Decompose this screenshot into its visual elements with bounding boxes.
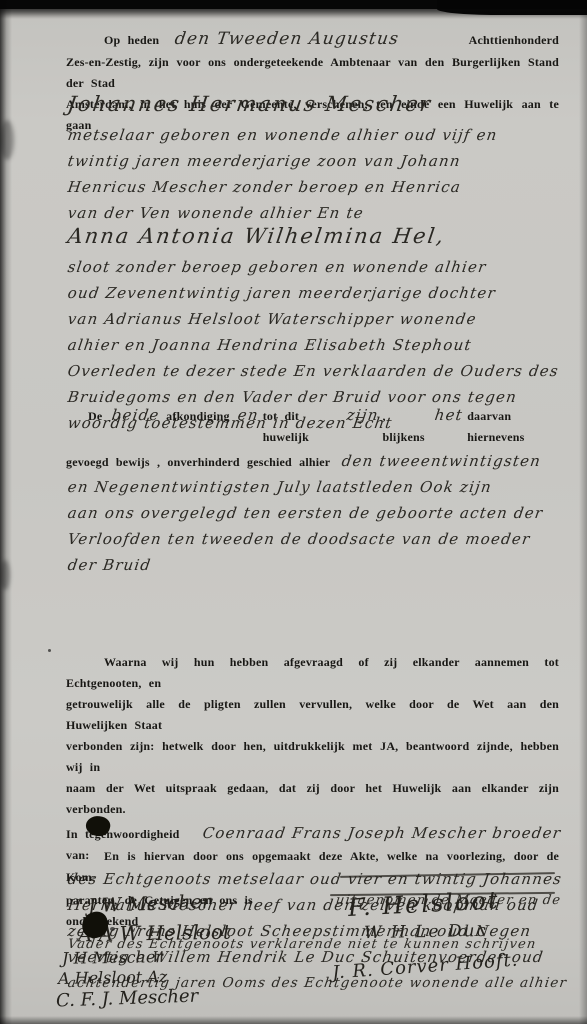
banns-paragraph: De beide afkondiging en tot dit huwelijk…	[66, 402, 559, 578]
banns-line-2: gevoegd bewijs , onverhinderd geschied a…	[66, 448, 559, 474]
printed-year-word: Achttienhonderd	[469, 30, 559, 51]
parents-consent-line: Overleden te dezer stede En verklaarden …	[66, 358, 563, 384]
signature-father-bride: A Helsloot Az	[58, 967, 168, 988]
marriage-record-scan: Op heden den Tweeden Augustus Achttienho…	[0, 0, 587, 1024]
hw-beide: beide	[110, 402, 161, 428]
signature-groom: J W Mescher	[88, 891, 212, 917]
vows-line: Waarna wij hun hebben afgevraagd of zij …	[66, 652, 559, 694]
banns-hw-line: aan ons overgelegd ten eersten de geboor…	[66, 500, 563, 526]
printed-de: De	[88, 406, 102, 427]
closing-line-1: En is hiervan door ons opgemaakt deze Ak…	[66, 846, 559, 888]
hw-zijn: zijn	[345, 402, 380, 428]
bride-detail-line: van Adrianus Helsloot Waterschipper wone…	[66, 306, 563, 332]
scan-edge-right	[579, 0, 587, 1024]
groom-detail-line: van der Ven wonende alhier En te	[66, 200, 563, 226]
printed-gevoegd-bewijs: gevoegd bewijs , onverhinderd geschied a…	[66, 452, 330, 473]
bride-detail-line: sloot zonder beroep geboren en wonende a…	[66, 254, 563, 280]
scan-edge-bottom	[0, 1016, 587, 1024]
banns-hw-line: der Bruid	[66, 552, 563, 578]
signature-witness: W H Le Duc	[364, 921, 488, 943]
scan-smudge	[0, 120, 14, 160]
vows-line: naam der Wet uitspraak gedaan, dat zij d…	[66, 778, 559, 820]
ink-speck	[48, 649, 51, 652]
printed-daarvan-hiernevens: daarvan hiernevens	[467, 406, 559, 448]
bride-detail-line: alhier en Joanna Hendrina Elisabeth Step…	[66, 332, 563, 358]
groom-detail-line: twintig jaren meerderjarige zoon van Joh…	[66, 148, 563, 174]
printed-tot-dit-huwelijk: tot dit huwelijk	[263, 406, 339, 448]
opening-line-2: Zes-en-Zestig, zijn voor ons ondergeteek…	[66, 52, 559, 94]
ink-speck	[110, 927, 115, 931]
groom-block: Johannes Hermanus Mescher metselaar gebo…	[66, 92, 559, 226]
hw-banns-date-start: den tweeentwintigsten	[340, 448, 543, 474]
scan-smudge	[0, 560, 10, 590]
signature-witness: J H Mescher	[62, 947, 163, 968]
opening-line-1: Op heden den Tweeden Augustus Achttienho…	[66, 26, 559, 52]
banns-hw-line: Verloofden ten tweeden de doodsacte van …	[66, 526, 563, 552]
groom-name-handwritten: Johannes Hermanus Mescher	[66, 92, 562, 116]
printed-afkondiging: afkondiging	[166, 406, 230, 427]
handwritten-date: den Tweeden Augustus	[173, 26, 472, 52]
banns-hw-line: en Negenentwintigsten July laatstleden O…	[66, 474, 563, 500]
printed-blijkens: , blijkens	[382, 406, 427, 448]
scan-edge-top-fade	[0, 9, 587, 19]
groom-detail-line: metselaar geboren en wonende alhier oud …	[66, 122, 563, 148]
hw-het: het	[433, 402, 465, 428]
bride-detail-line: oud Zevenentwintig jaren meerderjarige d…	[66, 280, 563, 306]
signature-witness: C. F. J. Mescher	[56, 986, 199, 1012]
hw-witness-first: Coenraad Frans Joseph Mescher broeder	[201, 820, 563, 846]
vows-line: verbonden zijn: hetwelk door hen, uitdru…	[66, 736, 559, 778]
vows-line: getrouwelijk alle de pligten zullen verv…	[66, 694, 559, 736]
groom-detail-line: Henricus Mescher zonder beroep en Henric…	[66, 174, 563, 200]
banns-line-1: De beide afkondiging en tot dit huwelijk…	[66, 402, 559, 448]
printed-op-heden: Op heden	[104, 30, 159, 51]
hw-en: en	[236, 402, 261, 428]
bride-name-handwritten: Anna Antonia Wilhelmina Hel,	[66, 224, 562, 248]
